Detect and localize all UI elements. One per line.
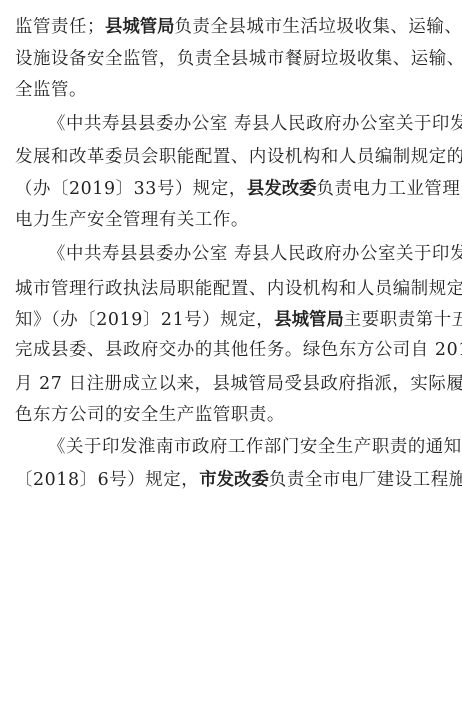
- text-line: 城市管理行政执法局职能配置、内设机构和人员编制规定的通: [15, 279, 447, 299]
- text-line: （办〔2019〕33号）规定，县发改委负责电力工业管理，指导: [15, 179, 447, 199]
- text-line: 知》（办〔2019〕21号）规定，县城管局主要职责第十五条为，: [15, 310, 447, 330]
- text-line: 《中共寿县县委办公室 寿县人民政府办公室关于印发寿县: [48, 244, 447, 264]
- bold-term: 县城管局: [105, 17, 175, 37]
- bold-term: 县城管局: [274, 310, 344, 330]
- text-line: 月 27 日注册成立以来，县城管局受县政府指派，实际履行对绿: [15, 374, 447, 394]
- text-line: 〔2018〕6号）规定，市发改委负责全市电厂建设工程施工安全、: [15, 470, 447, 490]
- text-line: 《中共寿县县委办公室 寿县人民政府办公室关于印发寿县: [48, 114, 447, 134]
- text-line: 完成县委、县政府交办的其他任务。绿色东方公司自 2014 年 6: [15, 340, 447, 360]
- text-line: 监管责任；县城管局负责全县城市生活垃圾收集、运输、处置和: [15, 17, 447, 37]
- bold-term: 市发改委: [199, 470, 269, 490]
- text-line: 设施设备安全监管，负责全县城市餐厨垃圾收集、运输、处置安: [15, 49, 447, 69]
- text-line: 电力生产安全管理有关工作。: [15, 210, 447, 230]
- text-line: 《关于印发淮南市政府工作部门安全生产职责的通知》（办: [48, 437, 447, 457]
- text-line: 发展和改革委员会职能配置、内设机构和人员编制规定的通知》: [15, 147, 447, 167]
- text-line: 色东方公司的安全生产监管职责。: [15, 405, 447, 425]
- text-line: 全监管。: [15, 80, 447, 100]
- bold-term: 县发改委: [247, 179, 317, 199]
